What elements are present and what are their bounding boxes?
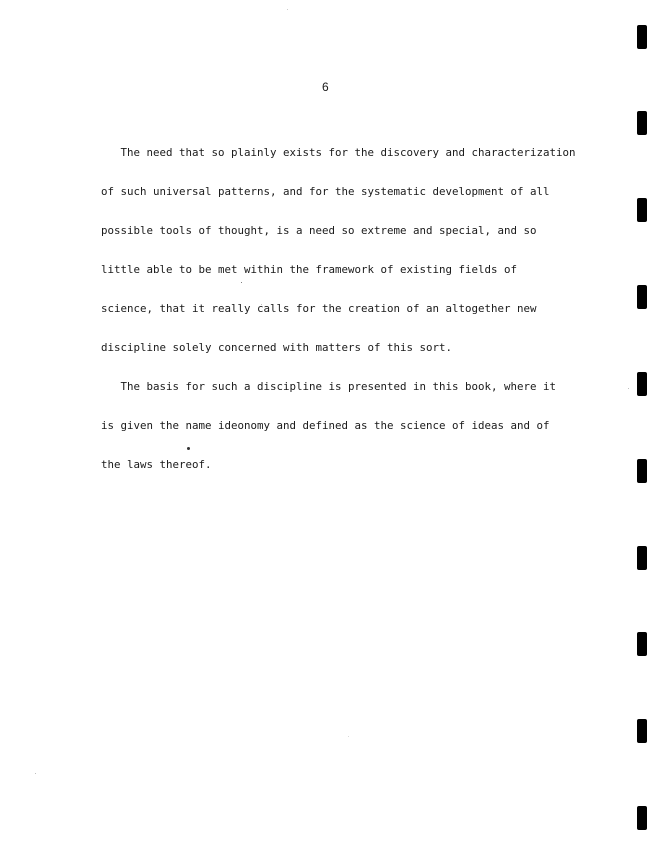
scan-speck (35, 773, 36, 774)
scan-speck (261, 304, 262, 305)
binding-mark (637, 285, 647, 309)
binding-mark (637, 719, 647, 743)
text-line: The need that so plainly exists for the … (101, 146, 591, 159)
scan-speck (348, 736, 349, 737)
text-line: science, that it really calls for the cr… (101, 302, 591, 315)
scan-speck (628, 388, 629, 389)
scan-speck (241, 282, 242, 283)
binding-mark (637, 459, 647, 483)
text-line: little able to be met within the framewo… (101, 263, 591, 276)
text-line: is given the name ideonomy and defined a… (101, 419, 591, 432)
text-line: the laws thereof. (101, 458, 591, 471)
binding-mark (637, 111, 647, 135)
scan-speck (187, 447, 190, 450)
document-page: 6 The need that so plainly exists for th… (0, 0, 657, 850)
binding-mark (637, 198, 647, 222)
scan-speck (287, 9, 288, 10)
binding-mark (637, 25, 647, 49)
binding-mark (637, 546, 647, 570)
binding-mark (637, 632, 647, 656)
binding-mark (637, 806, 647, 830)
text-line: possible tools of thought, is a need so … (101, 224, 591, 237)
text-line: The basis for such a discipline is prese… (101, 380, 591, 393)
body-text: The need that so plainly exists for the … (101, 120, 591, 497)
page-number: 6 (322, 80, 329, 94)
text-line: discipline solely concerned with matters… (101, 341, 591, 354)
binding-mark (637, 372, 647, 396)
text-line: of such universal patterns, and for the … (101, 185, 591, 198)
binding-marks (637, 0, 649, 850)
scan-speck (331, 426, 332, 427)
